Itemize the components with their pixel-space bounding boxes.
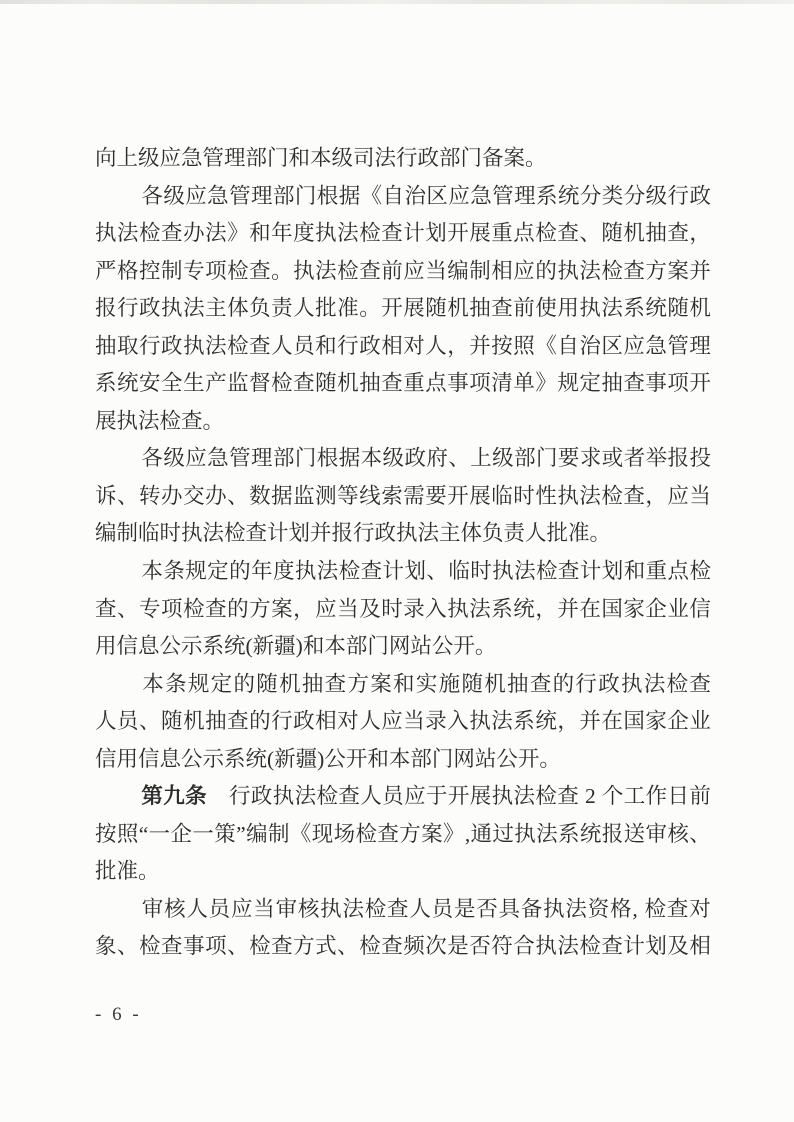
text-line: 按照“一企一策”编制《现场检查方案》,通过执法系统报送审核、 bbox=[95, 816, 711, 854]
text-line: 抽取行政执法检查人员和行政相对人，并按照《自治区应急管理 bbox=[95, 328, 711, 366]
text-line: 查、专项检查的方案，应当及时录入执法系统，并在国家企业信 bbox=[95, 591, 711, 629]
paragraph-indent bbox=[95, 690, 141, 691]
text-line: 各级应急管理部门根据《自治区应急管理系统分类分级行政 bbox=[95, 178, 711, 216]
text-line: 信用信息公示系统(新疆)公开和本部门网站公开。 bbox=[95, 741, 711, 779]
scan-edge-artifact bbox=[0, 0, 794, 4]
page-number: - 6 - bbox=[95, 1004, 142, 1026]
paragraph-indent bbox=[95, 915, 141, 916]
text-line: 编制临时执法检查计划并报行政执法主体负责人批准。 bbox=[95, 515, 711, 553]
paragraph-indent bbox=[95, 802, 141, 803]
text-line: 人员、随机抽查的行政相对人应当录入执法系统，并在国家企业 bbox=[95, 703, 711, 741]
text-content: 向上级应急管理部门和本级司法行政部门备案。各级应急管理部门根据《自治区应急管理系… bbox=[95, 140, 711, 966]
text-line: 展执法检查。 bbox=[95, 403, 711, 441]
paragraph-indent bbox=[95, 202, 141, 203]
text-line: 本条规定的年度执法检查计划、临时执法检查计划和重点检 bbox=[95, 553, 711, 591]
text-line: 诉、转办交办、数据监测等线索需要开展临时性执法检查，应当 bbox=[95, 478, 711, 516]
text-line: 用信息公示系统(新疆)和本部门网站公开。 bbox=[95, 628, 711, 666]
text-line: 执法检查办法》和年度执法检查计划开展重点检查、随机抽查， bbox=[95, 215, 711, 253]
text-line: 向上级应急管理部门和本级司法行政部门备案。 bbox=[95, 140, 711, 178]
text-line: 报行政执法主体负责人批准。开展随机抽查前使用执法系统随机 bbox=[95, 290, 711, 328]
text-line: 第九条 行政执法检查人员应于开展执法检查 2 个工作日前 bbox=[95, 778, 711, 816]
text-line: 本条规定的随机抽查方案和实施随机抽查的行政执法检查 bbox=[95, 666, 711, 704]
text-line: 严格控制专项检查。执法检查前应当编制相应的执法检查方案并 bbox=[95, 253, 711, 291]
document-page: 向上级应急管理部门和本级司法行政部门备案。各级应急管理部门根据《自治区应急管理系… bbox=[0, 0, 794, 1122]
text-line: 系统安全生产监督检查随机抽查重点事项清单》规定抽查事项开 bbox=[95, 365, 711, 403]
text-line: 审核人员应当审核执法检查人员是否具备执法资格, 检查对 bbox=[95, 891, 711, 929]
paragraph-indent bbox=[95, 577, 141, 578]
paragraph-indent bbox=[95, 464, 141, 465]
text-line: 象、检查事项、检查方式、检查频次是否符合执法检查计划及相 bbox=[95, 928, 711, 966]
text-line: 批准。 bbox=[95, 853, 711, 891]
text-line: 各级应急管理部门根据本级政府、上级部门要求或者举报投 bbox=[95, 440, 711, 478]
